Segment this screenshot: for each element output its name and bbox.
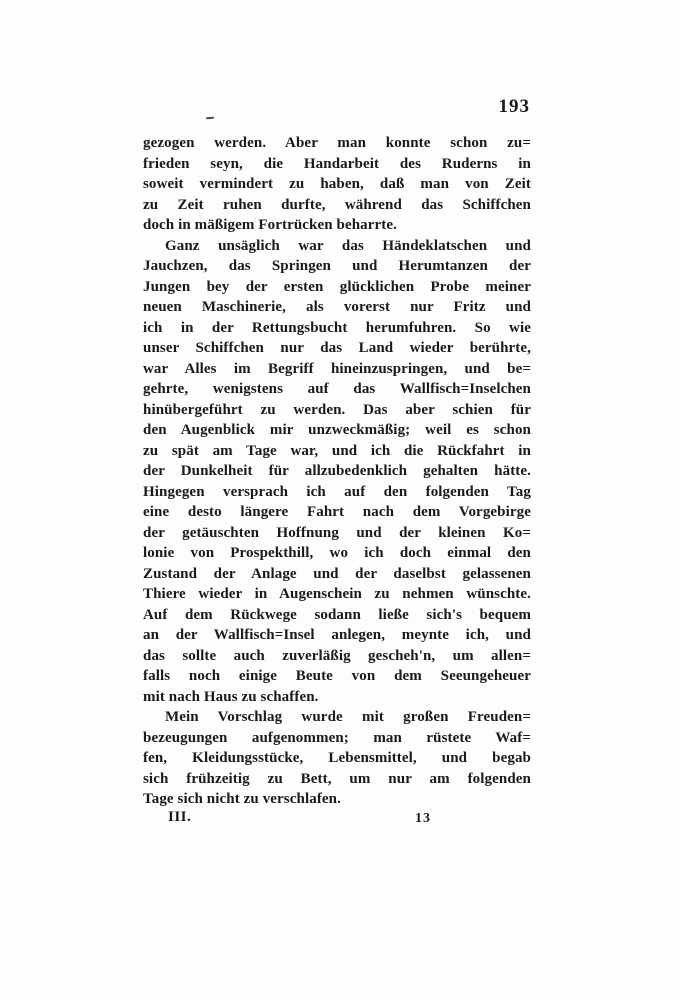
text-line: eine desto längere Fahrt nach dem Vorgeb…: [143, 502, 531, 523]
text-line: Thiere wieder in Augenschein zu nehmen w…: [143, 584, 531, 605]
page-number: 193: [499, 96, 531, 118]
text-line: zu spät am Tage war, und ich die Rückfah…: [143, 441, 531, 462]
text-line: Auf dem Rückwege sodann ließe sich's beq…: [143, 605, 531, 626]
book-page: 193 gezogen werden. Aber man konnte scho…: [0, 0, 681, 1000]
sheet-mark: 13: [415, 811, 431, 827]
volume-signature: III.: [168, 809, 191, 826]
text-line: Jauchzen, das Springen und Herumtanzen d…: [143, 256, 531, 277]
text-line: Hingegen versprach ich auf den folgenden…: [143, 482, 531, 503]
text-line: den Augenblick mir unzweckmäßig; weil es…: [143, 420, 531, 441]
text-line: zu Zeit ruhen durfte, während das Schiff…: [143, 195, 531, 216]
text-line: doch in mäßigem Fortrücken beharrte.: [143, 215, 531, 236]
text-line: der getäuschten Hoffnung und der kleinen…: [143, 523, 531, 544]
text-line: ich in der Rettungsbucht herumfuhren. So…: [143, 318, 531, 339]
text-line: gehrte, wenigstens auf das Wallfisch=Ins…: [143, 379, 531, 400]
text-line: Tage sich nicht zu verschlafen.: [143, 789, 531, 810]
text-line: war Alles im Begriff hineinzuspringen, u…: [143, 359, 531, 380]
text-line: Jungen bey der ersten glücklichen Probe …: [143, 277, 531, 298]
page-footer: III. 13: [143, 809, 531, 831]
text-line: falls noch einige Beute von dem Seeungeh…: [143, 666, 531, 687]
text-line: mit nach Haus zu schaffen.: [143, 687, 531, 708]
text-line: fen, Kleidungsstücke, Lebensmittel, und …: [143, 748, 531, 769]
text-line: an der Wallfisch=Insel anlegen, meynte i…: [143, 625, 531, 646]
body-text: gezogen werden. Aber man konnte schon zu…: [143, 133, 531, 810]
text-line: hinübergeführt zu werden. Das aber schie…: [143, 400, 531, 421]
text-line: sich frühzeitig zu Bett, um nur am folge…: [143, 769, 531, 790]
text-line: frieden seyn, die Handarbeit des Ruderns…: [143, 154, 531, 175]
text-line: Mein Vorschlag wurde mit großen Freuden=: [143, 707, 531, 728]
text-line: unser Schiffchen nur das Land wieder ber…: [143, 338, 531, 359]
text-line: lonie von Prospekthill, wo ich doch einm…: [143, 543, 531, 564]
text-line: das sollte auch zuverläßig gescheh'n, um…: [143, 646, 531, 667]
text-line: der Dunkelheit für allzubedenklich gehal…: [143, 461, 531, 482]
ink-speck: [206, 117, 214, 120]
text-line: bezeugungen aufgenommen; man rüstete Waf…: [143, 728, 531, 749]
text-line: Ganz unsäglich war das Händeklatschen un…: [143, 236, 531, 257]
text-line: gezogen werden. Aber man konnte schon zu…: [143, 133, 531, 154]
text-line: Zustand der Anlage und der daselbst gela…: [143, 564, 531, 585]
text-line: neuen Maschinerie, als vorerst nur Fritz…: [143, 297, 531, 318]
text-line: soweit vermindert zu haben, daß man von …: [143, 174, 531, 195]
